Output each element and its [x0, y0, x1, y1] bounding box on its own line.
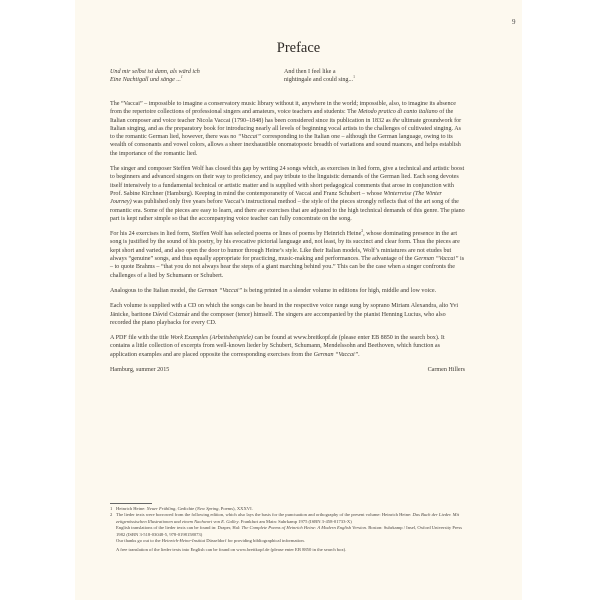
text: .	[358, 352, 360, 358]
text: , Gedichte (	[175, 506, 197, 511]
paragraph: For his 24 exercises in lied form, Steff…	[110, 230, 465, 280]
paragraph: Analogous to the Italian model, the Germ…	[110, 287, 465, 295]
motto-german-line: Eine Nachtigall und sänge ...	[110, 77, 181, 83]
italic-text: Heinrich-Heine-Institut	[162, 538, 205, 543]
text: For his 24 exercises in lied form, Steff…	[110, 231, 361, 237]
document-page: 9 Preface Und mir selbst ist dann, als w…	[75, 0, 522, 600]
footnote-2-thanks: Our thanks go out to the Heinrich-Heine-…	[110, 538, 470, 544]
italic-text: German “Vaccai”	[198, 288, 243, 294]
text: Heinrich Heine:	[116, 506, 147, 511]
paragraph: A PDF file with the title Work Examples …	[110, 334, 465, 359]
text: The lieder texts were borrowed from the …	[116, 512, 412, 517]
text: Our thanks go out to the	[116, 538, 162, 543]
text: English translations of the lieder texts…	[116, 525, 241, 530]
place-date: Hamburg, summer 2015	[110, 366, 169, 374]
italic-title: Work Examples (Arbeitsbeispiele)	[170, 335, 253, 341]
italic-text: Neuer Frühling	[147, 506, 176, 511]
footnotes: 1 Heinrich Heine: Neuer Frühling, Gedich…	[110, 506, 470, 554]
paragraph: Each volume is supplied with a CD on whi…	[110, 302, 465, 327]
paragraph: The singer and composer Steffen Wolf has…	[110, 165, 465, 223]
italic-text: “Vaccai”	[238, 134, 261, 140]
text: Düsseldorf for providing bibliographical…	[205, 538, 305, 543]
text: , Poems), XXXVI.	[218, 506, 252, 511]
signature-line: Hamburg, summer 2015 Carmen Hillers	[110, 366, 465, 374]
motto-german: Und mir selbst ist dann, als wärd ich Ei…	[110, 68, 200, 84]
italic-text: New Spring	[197, 506, 219, 511]
free-translation-note: A free translation of the lieder texts i…	[110, 547, 470, 553]
footnote-2: 2 The lieder texts were borrowed from th…	[110, 512, 470, 525]
italic-text: German “Vaccai”	[414, 256, 459, 262]
text: Each volume is supplied with a CD on whi…	[110, 303, 458, 326]
italic-title: Metodo pratico di canto italiano	[358, 109, 438, 115]
page-title: Preface	[75, 40, 522, 57]
preface-body: The “Vaccai” – impossible to imagine a c…	[110, 100, 465, 374]
text: is being printed in a slender volume in …	[242, 288, 436, 294]
footnote-text: The lieder texts were borrowed from the …	[116, 512, 470, 525]
italic-text: The Complete Poems of Heinrich Heine: A …	[241, 525, 365, 530]
footnote-2-english: English translations of the lieder texts…	[110, 525, 470, 538]
footnote-ref[interactable]: 1	[353, 75, 355, 79]
footnote-divider	[110, 503, 152, 504]
motto-english-line: And then I feel like a	[284, 69, 336, 75]
text: . Frankfurt am Main: Suhrkamp 1975 (ISBN…	[238, 519, 351, 524]
italic-text: the	[392, 118, 399, 124]
footnote-ref[interactable]: 1	[181, 75, 183, 79]
text: Analogous to the Italian model, the	[110, 288, 198, 294]
text: was published only five years before Vac…	[110, 199, 465, 222]
page-number: 9	[512, 18, 516, 26]
motto-german-line: Und mir selbst ist dann, als wärd ich	[110, 69, 200, 75]
italic-text: German “Vaccai”	[314, 352, 359, 358]
text: A PDF file with the title	[110, 335, 170, 341]
motto-english-line: nightingale and could sing...	[284, 77, 353, 83]
motto-english: And then I feel like a nightingale and c…	[284, 68, 355, 84]
author-name: Carmen Hillers	[428, 366, 465, 374]
paragraph: The “Vaccai” – impossible to imagine a c…	[110, 100, 465, 158]
